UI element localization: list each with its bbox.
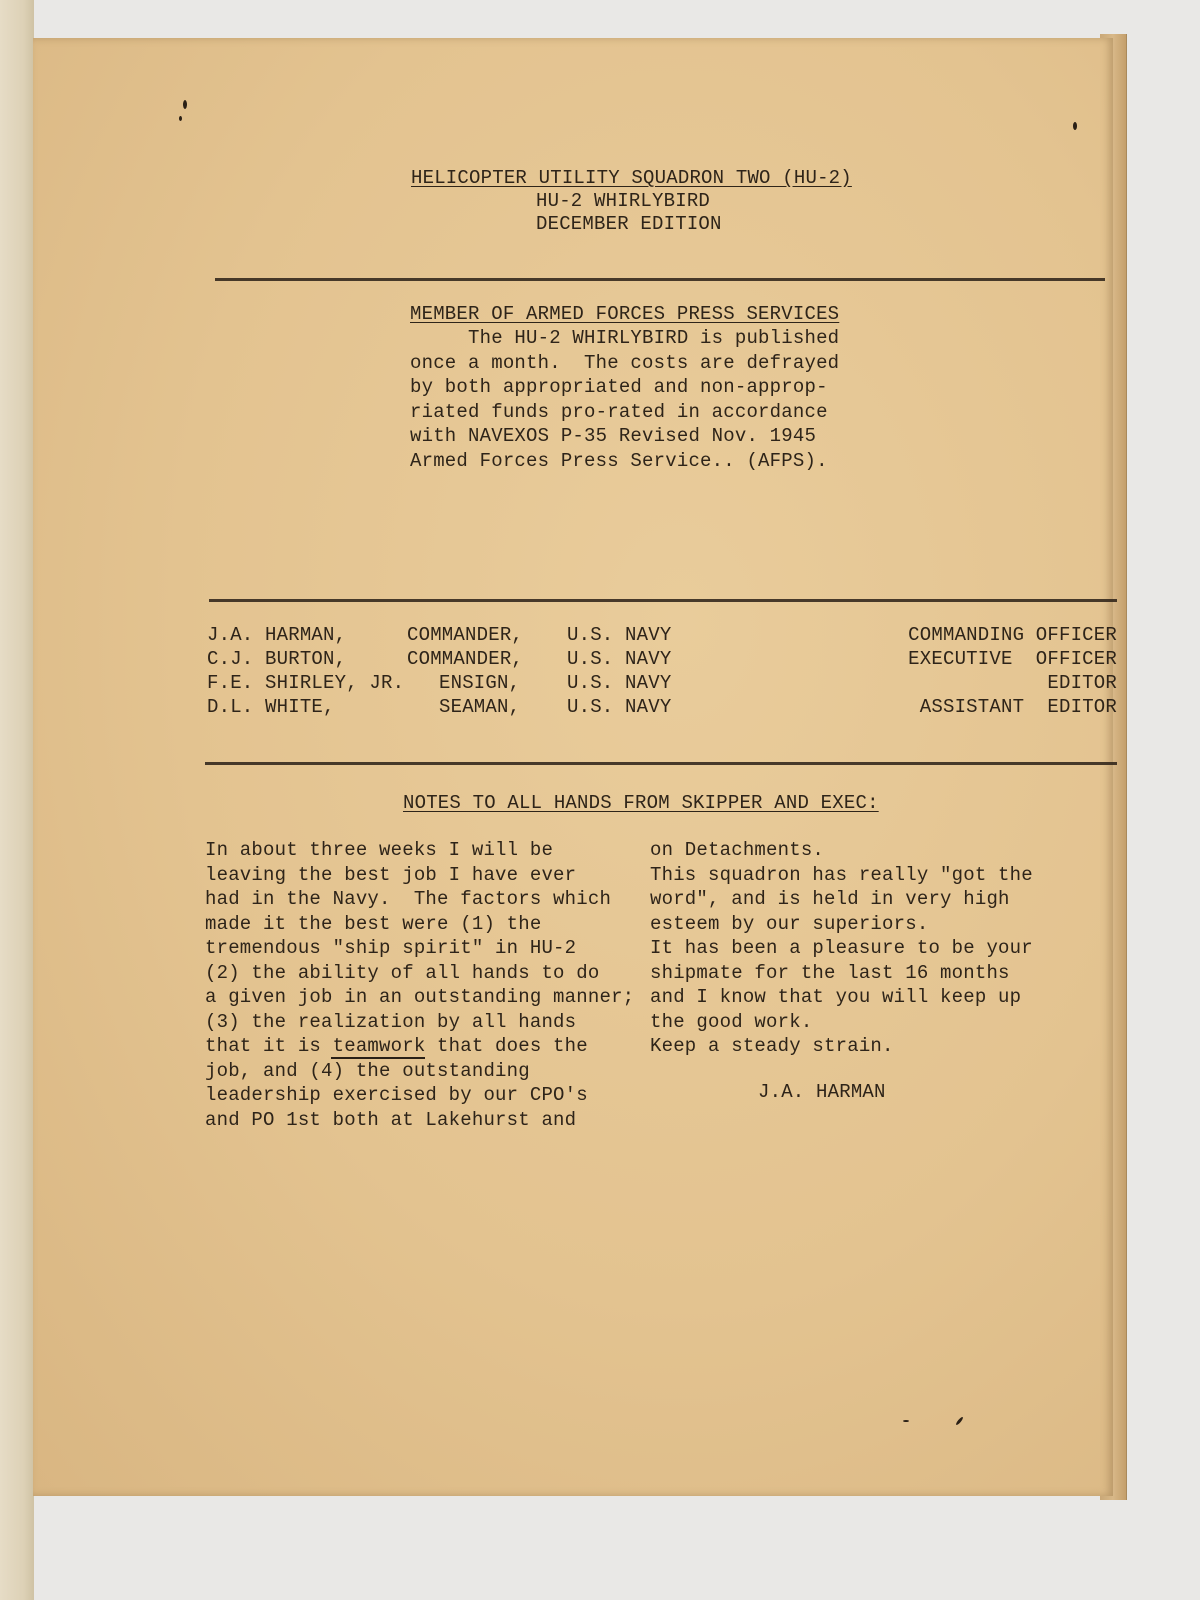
staff-role: EXECUTIVE OFFICER xyxy=(908,647,1117,672)
notes-line: Keep a steady strain. xyxy=(650,1034,1033,1059)
staff-rank: COMMANDER, xyxy=(407,647,523,672)
staff-name: J.A. HARMAN, xyxy=(207,623,346,648)
divider-rule xyxy=(209,599,1117,602)
masthead-line: once a month. The costs are defrayed xyxy=(410,351,839,376)
staff-name: D.L. WHITE, xyxy=(207,695,335,720)
notes-line: job, and (4) the outstanding xyxy=(205,1059,634,1084)
notes-line: word", and is held in very high xyxy=(650,887,1033,912)
divider-rule xyxy=(205,762,1117,765)
edition-label: DECEMBER EDITION xyxy=(536,212,722,237)
ink-speck xyxy=(183,100,187,109)
notes-line: leaving the best job I have ever xyxy=(205,863,634,888)
staff-row: J.A. HARMAN, COMMANDER, U.S. NAVY COMMAN… xyxy=(207,623,1117,647)
teamwork-underline xyxy=(331,1057,425,1059)
notes-line: (2) the ability of all hands to do xyxy=(205,961,634,986)
notes-line: (3) the realization by all hands xyxy=(205,1010,634,1035)
notes-line: tremendous "ship spirit" in HU-2 xyxy=(205,936,634,961)
staff-name: C.J. BURTON, xyxy=(207,647,346,672)
staff-list: J.A. HARMAN, COMMANDER, U.S. NAVY COMMAN… xyxy=(207,623,1117,719)
staff-role: COMMANDING OFFICER xyxy=(908,623,1117,648)
squadron-title: HELICOPTER UTILITY SQUADRON TWO (HU-2) xyxy=(411,166,852,191)
notes-line: on Detachments. xyxy=(650,838,1033,863)
ink-speck xyxy=(1073,122,1077,130)
newsletter-page: HELICOPTER UTILITY SQUADRON TWO (HU-2) H… xyxy=(33,38,1113,1496)
staff-role: ASSISTANT EDITOR xyxy=(920,695,1117,720)
notes-heading: NOTES TO ALL HANDS FROM SKIPPER AND EXEC… xyxy=(403,791,879,816)
staff-rank: ENSIGN, xyxy=(439,671,520,696)
divider-rule xyxy=(215,278,1105,281)
masthead-line: Armed Forces Press Service.. (AFPS). xyxy=(410,449,839,474)
masthead-line: The HU-2 WHIRLYBIRD is published xyxy=(410,326,839,351)
ink-speck xyxy=(955,1416,964,1426)
notes-line: that it is teamwork that does the xyxy=(205,1034,634,1059)
notes-line: esteem by our superiors. xyxy=(650,912,1033,937)
notes-line: had in the Navy. The factors which xyxy=(205,887,634,912)
masthead-line: with NAVEXOS P-35 Revised Nov. 1945 xyxy=(410,424,839,449)
ink-speck xyxy=(179,116,182,121)
notes-left-column: In about three weeks I will be leaving t… xyxy=(205,838,634,1132)
staff-name: F.E. SHIRLEY, JR. xyxy=(207,671,404,696)
publication-name: HU-2 WHIRLYBIRD xyxy=(536,189,710,214)
notes-line: and I know that you will keep up xyxy=(650,985,1033,1010)
notes-line: leadership exercised by our CPO's xyxy=(205,1083,634,1108)
staff-service: U.S. NAVY xyxy=(567,647,671,672)
staff-row: D.L. WHITE, SEAMAN, U.S. NAVY ASSISTANT … xyxy=(207,695,1117,719)
notes-line: a given job in an outstanding manner; xyxy=(205,985,634,1010)
ink-speck xyxy=(903,1420,909,1422)
notes-line: shipmate for the last 16 months xyxy=(650,961,1033,986)
notes-line: This squadron has really "got the xyxy=(650,863,1033,888)
staff-role: EDITOR xyxy=(1047,671,1117,696)
masthead-body: The HU-2 WHIRLYBIRD is published once a … xyxy=(410,326,839,473)
staff-service: U.S. NAVY xyxy=(567,623,671,648)
notes-line: made it the best were (1) the xyxy=(205,912,634,937)
notes-line: It has been a pleasure to be your xyxy=(650,936,1033,961)
staff-rank: SEAMAN, xyxy=(439,695,520,720)
notes-right-column: on Detachments. This squadron has really… xyxy=(650,838,1033,1059)
staff-row: C.J. BURTON, COMMANDER, U.S. NAVY EXECUT… xyxy=(207,647,1117,671)
masthead-heading: MEMBER OF ARMED FORCES PRESS SERVICES xyxy=(410,302,839,327)
staff-service: U.S. NAVY xyxy=(567,671,671,696)
notes-line: and PO 1st both at Lakehurst and xyxy=(205,1108,634,1133)
staff-rank: COMMANDER, xyxy=(407,623,523,648)
masthead-line: by both appropriated and non-approp- xyxy=(410,375,839,400)
notes-line: the good work. xyxy=(650,1010,1033,1035)
notes-line: In about three weeks I will be xyxy=(205,838,634,863)
staff-row: F.E. SHIRLEY, JR. ENSIGN, U.S. NAVY EDIT… xyxy=(207,671,1117,695)
adjacent-sheet-edge xyxy=(0,0,34,1600)
masthead-line: riated funds pro-rated in accordance xyxy=(410,400,839,425)
signature: J.A. HARMAN xyxy=(758,1080,886,1105)
staff-service: U.S. NAVY xyxy=(567,695,671,720)
